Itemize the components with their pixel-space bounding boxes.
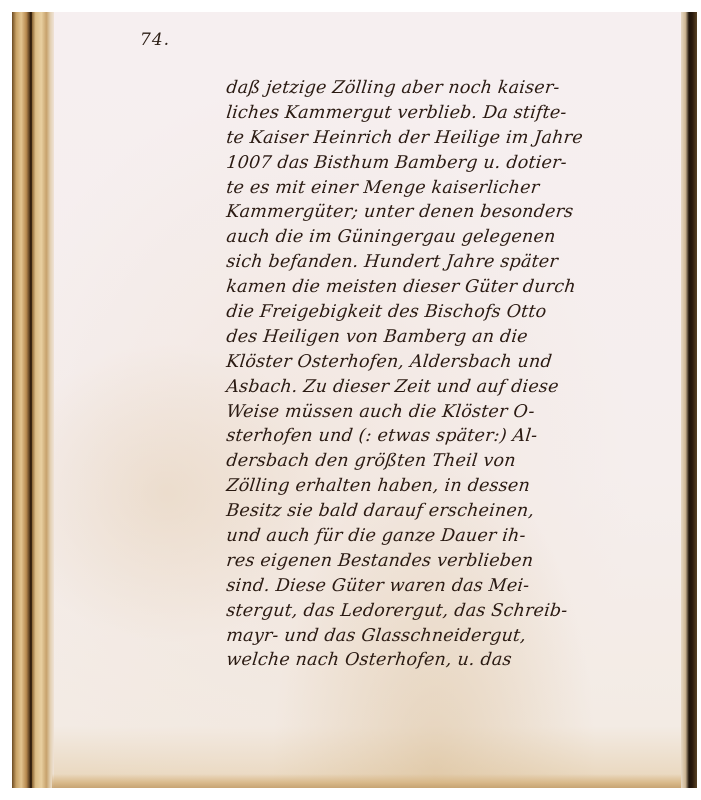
text-line: 1007 das Bisthum Bamberg u. dotier- xyxy=(225,151,688,176)
text-line: sind. Diese Güter waren das Mei- xyxy=(225,574,688,599)
text-line: die Freigebigkeit des Bischofs Otto xyxy=(225,300,688,325)
text-line: Klöster Osterhofen, Aldersbach und xyxy=(225,350,688,375)
text-line: und auch für die ganze Dauer ih- xyxy=(225,524,688,549)
text-line: daß jetzige Zölling aber noch kaiser- xyxy=(225,76,688,101)
text-line: stergut, das Ledorergut, das Schreib- xyxy=(225,599,688,624)
worn-page-edge xyxy=(12,12,54,788)
page-number: 74. xyxy=(140,30,170,50)
text-line: te es mit einer Menge kaiserlicher xyxy=(225,176,688,201)
text-line: des Heiligen von Bamberg an die xyxy=(225,325,688,350)
text-line: te Kaiser Heinrich der Heilige im Jahre xyxy=(225,126,688,151)
text-line: sterhofen und (: etwas später:) Al- xyxy=(225,424,688,449)
text-line: auch die im Güningergau gelegenen xyxy=(225,225,688,250)
bottom-edge-stain xyxy=(52,774,692,788)
text-line: Asbach. Zu dieser Zeit und auf diese xyxy=(225,375,688,400)
handwritten-text-block: daß jetzige Zölling aber noch kaiser- li… xyxy=(225,76,685,673)
manuscript-scan: 74. daß jetzige Zölling aber noch kaiser… xyxy=(12,12,697,788)
text-line: welche nach Osterhofen, u. das xyxy=(225,648,688,673)
text-line: Kammergüter; unter denen besonders xyxy=(225,200,688,225)
text-line: res eigenen Bestandes verblieben xyxy=(225,549,688,574)
text-line: liches Kammergut verblieb. Da stifte- xyxy=(225,101,688,126)
text-line: Zölling erhalten haben, in dessen xyxy=(225,474,688,499)
text-line: sich befanden. Hundert Jahre später xyxy=(225,250,688,275)
text-line: kamen die meisten dieser Güter durch xyxy=(225,275,688,300)
text-line: Weise müssen auch die Klöster O- xyxy=(225,400,688,425)
text-line: Besitz sie bald darauf erscheinen, xyxy=(225,499,688,524)
text-line: mayr- und das Glasschneidergut, xyxy=(225,624,688,649)
text-line: dersbach den größten Theil von xyxy=(225,449,688,474)
